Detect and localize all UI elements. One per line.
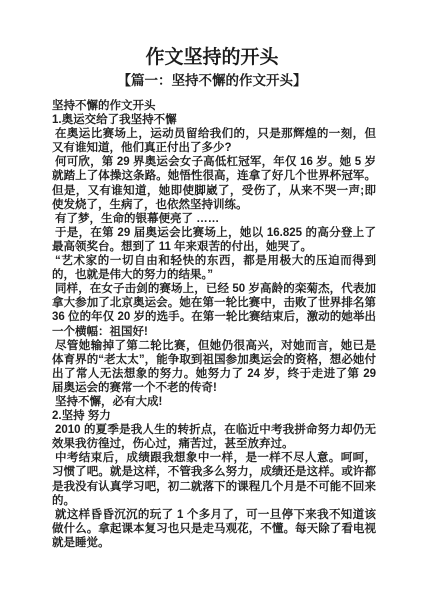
document-subtitle: 【篇一：坚持不懈的作文开头】 [0, 71, 424, 91]
section-heading: 2.坚持 努力 [52, 409, 376, 423]
paragraph: 有了梦，生命的银幕便亮了 …… [52, 212, 376, 226]
paragraph: 中考结束后，成绩跟我想象中一样，是一样不尽人意。呵呵，习惯了吧。就是这样，不管我… [52, 451, 376, 507]
section-heading: 坚持不懈的作文开头 [52, 99, 376, 113]
paragraph: 于是，在第 29 届奥运会比赛场上，她以 16.825 的高分登上了最高领奖台。… [52, 226, 376, 254]
document-body: 坚持不懈的作文开头1.奥运交给了我坚持不懈在奥运比赛场上，运动员留给我们的，只是… [52, 99, 376, 550]
paragraph: “艺术家的一切自由和轻快的东西，都是用极大的压迫而得到的，也就是伟大的努力的结果… [52, 254, 376, 282]
document-title: 作文坚持的开头 [0, 0, 424, 71]
paragraph: 坚持不懈，必有大成! [52, 395, 376, 409]
document-page: 作文坚持的开头 【篇一：坚持不懈的作文开头】 坚持不懈的作文开头1.奥运交给了我… [0, 0, 424, 600]
paragraph: 同样，在女子击剑的赛场上，已经 50 岁高龄的栾菊杰，代表加拿大参加了北京奥运会… [52, 282, 376, 338]
paragraph: 在奥运比赛场上，运动员留给我们的，只是那辉煌的一刻，但又有谁知道，他们真正付出了… [52, 127, 376, 155]
section-heading: 1.奥运交给了我坚持不懈 [52, 113, 376, 127]
paragraph: 就这样昏昏沉沉的玩了 1 个多月了，可一旦停下来我不知道该做什么。拿起课本复习也… [52, 508, 376, 550]
paragraph: 何可欣，第 29 界奥运会女子高低杠冠军，年仅 16 岁。她 5 岁就踏上了体操… [52, 155, 376, 211]
paragraph: 2010 的夏季是我人生的转折点，在临近中考我拼命努力却仍无效果我彷徨过，伤心过… [52, 423, 376, 451]
paragraph: 尽管她输掉了第二轮比赛，但她仍很高兴，对她而言，她已是体育界的“老太太”，能争取… [52, 339, 376, 395]
